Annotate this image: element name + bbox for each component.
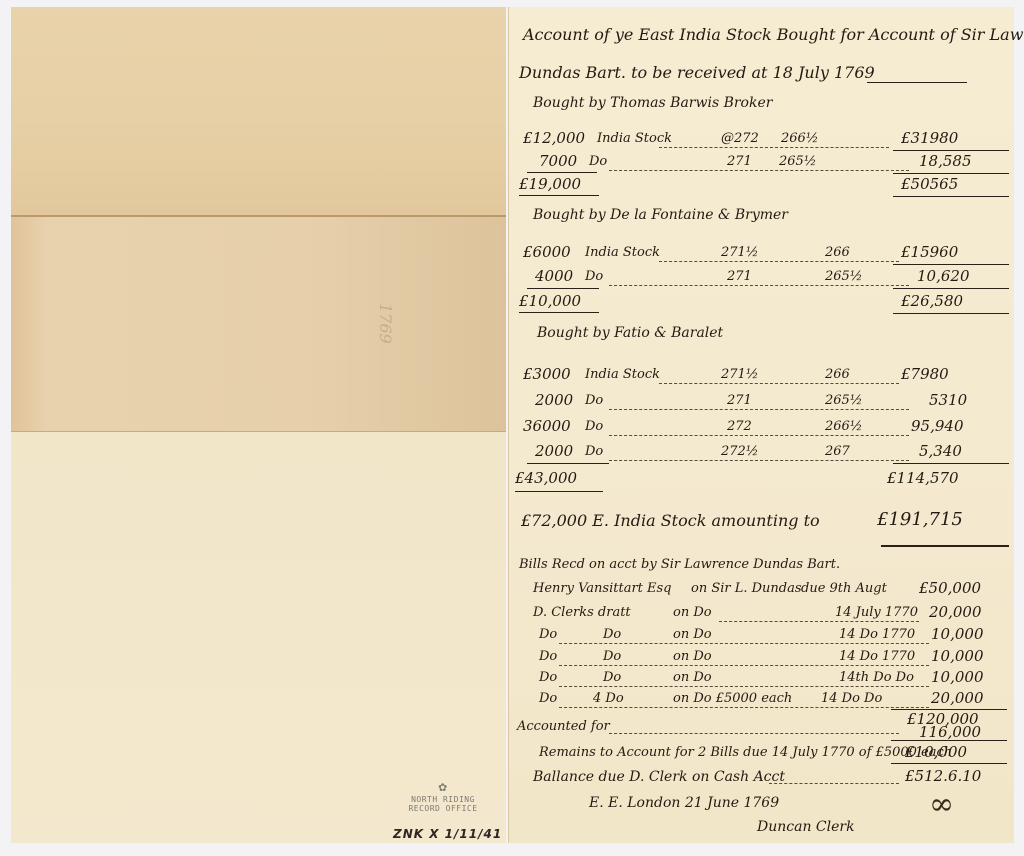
bill-6-value: 20,000 bbox=[931, 689, 984, 707]
s2-r2-rate1: 271 bbox=[727, 269, 752, 284]
leader-dash bbox=[609, 409, 909, 410]
rule bbox=[527, 172, 597, 173]
rose-icon: ✿ bbox=[403, 779, 483, 795]
title-line-1: Account of ye East India Stock Bought fo… bbox=[523, 25, 1024, 44]
balance-value: £512.6.10 bbox=[905, 767, 981, 785]
s1-r2-desc: Do bbox=[589, 154, 607, 169]
s3-total-value: £114,570 bbox=[887, 469, 959, 487]
accounted-for-value: 116,000 bbox=[919, 723, 981, 741]
bill-6-on: on Do £5000 each bbox=[673, 691, 792, 706]
leader-dash bbox=[609, 285, 909, 286]
bill-4-on: on Do bbox=[673, 649, 712, 664]
bill-1-on: on Sir L. Dundas bbox=[691, 581, 802, 596]
s2-r2-value: 10,620 bbox=[917, 267, 970, 285]
leader-dash bbox=[609, 435, 909, 436]
s3-r4-rate1: 272½ bbox=[721, 444, 758, 459]
verso-upper-fold bbox=[11, 7, 506, 217]
rule bbox=[893, 463, 1009, 464]
bill-5-value: 10,000 bbox=[931, 668, 984, 686]
bill-5-drawer2: Do bbox=[603, 670, 621, 685]
s1-r1-rate2: 266½ bbox=[781, 131, 818, 146]
s3-r1-amount: £3000 bbox=[523, 365, 571, 383]
rule bbox=[893, 196, 1009, 197]
pencil-note: 1769 bbox=[376, 303, 395, 344]
grand-total-label: £72,000 E. India Stock amounting to bbox=[521, 511, 820, 530]
rule bbox=[515, 491, 603, 492]
s1-r2-rate2: 265½ bbox=[779, 154, 816, 169]
leader-dash bbox=[559, 707, 929, 708]
bill-2-due: 14 July 1770 bbox=[835, 605, 918, 620]
bill-3-due: 14 Do 1770 bbox=[839, 627, 915, 642]
s2-r1-rate2: 266 bbox=[825, 245, 850, 260]
s3-r2-desc: Do bbox=[585, 393, 603, 408]
leader-dash bbox=[559, 643, 929, 644]
s3-r3-value: 95,940 bbox=[911, 417, 964, 435]
s3-total-amount: £43,000 bbox=[515, 469, 577, 487]
s2-r2-rate2: 265½ bbox=[825, 269, 862, 284]
s3-r3-rate1: 272 bbox=[727, 419, 752, 434]
bill-5-on: on Do bbox=[673, 670, 712, 685]
rule bbox=[527, 288, 599, 289]
s3-r2-rate2: 265½ bbox=[825, 393, 862, 408]
bill-1-drawer: Henry Vansittart Esq bbox=[533, 581, 672, 596]
s3-r4-desc: Do bbox=[585, 444, 603, 459]
bill-3-value: 10,000 bbox=[931, 625, 984, 643]
rule bbox=[893, 264, 1009, 265]
document-sheet: Clerks Acct India Stock & 1769 ✿ NORTH R… bbox=[11, 7, 1013, 843]
rule bbox=[893, 313, 1009, 314]
balance-label: Ballance due D. Clerk on Cash Acct bbox=[533, 769, 785, 785]
bill-5-drawer: Do bbox=[539, 670, 557, 685]
bills-heading: Bills Recd on acct by Sir Lawrence Dunda… bbox=[519, 557, 840, 572]
s1-r2-value: 18,585 bbox=[919, 152, 972, 170]
s2-r2-desc: Do bbox=[585, 269, 603, 284]
bill-2-drawer: D. Clerks dratt bbox=[533, 605, 631, 620]
s2-r1-amount: £6000 bbox=[523, 243, 571, 261]
accounted-for-label: Accounted for bbox=[517, 719, 610, 734]
bill-1-due: due 9th Augt bbox=[801, 581, 887, 596]
bill-6-due: 14 Do Do bbox=[821, 691, 882, 706]
leader-dash bbox=[719, 621, 919, 622]
s1-r1-rate1: @272 bbox=[721, 131, 759, 146]
leader-dash bbox=[769, 783, 899, 784]
s3-r1-rate1: 271½ bbox=[721, 367, 758, 382]
s3-r4-value: 5,340 bbox=[919, 442, 962, 460]
bill-3-on: on Do bbox=[673, 627, 712, 642]
s3-r1-value: £7980 bbox=[901, 365, 949, 383]
section-3-heading: Bought by Fatio & Baralet bbox=[537, 325, 723, 341]
s2-r1-rate1: 271½ bbox=[721, 245, 758, 260]
rule bbox=[893, 150, 1009, 151]
rule bbox=[893, 288, 1009, 289]
bill-4-value: 10,000 bbox=[931, 647, 984, 665]
rule bbox=[881, 545, 1009, 547]
bill-4-drawer: Do bbox=[539, 649, 557, 664]
signoff: E. E. London 21 June 1769 bbox=[589, 795, 779, 811]
account-page: Account of ye East India Stock Bought fo… bbox=[508, 7, 1014, 843]
bill-3-drawer2: Do bbox=[603, 627, 621, 642]
section-2-heading: Bought by De la Fontaine & Brymer bbox=[533, 207, 788, 223]
s3-r4-amount: 2000 bbox=[535, 442, 573, 460]
s3-r2-value: 5310 bbox=[929, 391, 967, 409]
s3-r3-rate2: 266½ bbox=[825, 419, 862, 434]
s1-r2-amount: 7000 bbox=[539, 152, 577, 170]
s3-r2-rate1: 271 bbox=[727, 393, 752, 408]
stamp-line-2: RECORD OFFICE bbox=[403, 804, 483, 813]
s3-r1-rate2: 266 bbox=[825, 367, 850, 382]
s3-r4-rate2: 267 bbox=[825, 444, 850, 459]
bill-4-drawer2: Do bbox=[603, 649, 621, 664]
s3-r3-desc: Do bbox=[585, 419, 603, 434]
s2-r1-desc: India Stock bbox=[585, 245, 660, 260]
s3-r2-amount: 2000 bbox=[535, 391, 573, 409]
stamp-line-1: NORTH RIDING bbox=[403, 795, 483, 804]
rule bbox=[519, 312, 599, 313]
s2-total-amount: £10,000 bbox=[519, 292, 581, 310]
record-office-stamp: ✿ NORTH RIDING RECORD OFFICE bbox=[403, 779, 483, 813]
bill-3-drawer: Do bbox=[539, 627, 557, 642]
rule bbox=[891, 740, 1007, 741]
leader-dash bbox=[559, 665, 929, 666]
bill-2-on: on Do bbox=[673, 605, 712, 620]
leader-dash bbox=[609, 460, 909, 461]
s1-total-amount: £19,000 bbox=[519, 175, 581, 193]
verso-middle-fold: Clerks Acct India Stock & bbox=[11, 217, 506, 432]
remains-value: £10,000 bbox=[905, 743, 967, 761]
bill-5-due: 14th Do Do bbox=[839, 670, 914, 685]
section-1-heading: Bought by Thomas Barwis Broker bbox=[533, 95, 772, 111]
leader-dash bbox=[659, 383, 899, 384]
s2-r1-value: £15960 bbox=[901, 243, 958, 261]
s1-r1-value-text: £31980 bbox=[901, 129, 958, 147]
flourish-icon: ∞ bbox=[929, 787, 954, 822]
grand-total-value: £191,715 bbox=[877, 509, 963, 530]
s1-r1-desc: India Stock bbox=[597, 131, 672, 146]
s2-total-value: £26,580 bbox=[901, 292, 963, 310]
bill-4-due: 14 Do 1770 bbox=[839, 649, 915, 664]
leader-dash bbox=[609, 733, 899, 734]
remains-label: Remains to Account for 2 Bills due 14 Ju… bbox=[539, 745, 952, 760]
leader-dash bbox=[609, 170, 909, 171]
bill-1-value: £50,000 bbox=[919, 579, 981, 597]
s1-r2-rate1: 271 bbox=[727, 154, 752, 169]
title-line-2: Dundas Bart. to be received at 18 July 1… bbox=[519, 63, 875, 82]
rule bbox=[891, 763, 1007, 764]
leader-dash bbox=[659, 147, 889, 148]
verso-panel: Clerks Acct India Stock & 1769 ✿ NORTH R… bbox=[11, 7, 506, 843]
s1-r1-amount: £12,000 bbox=[523, 129, 585, 147]
signature: Duncan Clerk bbox=[757, 819, 855, 835]
s3-r3-amount: 36000 bbox=[523, 417, 571, 435]
bill-2-value: 20,000 bbox=[929, 603, 982, 621]
bill-6-drawer: Do bbox=[539, 691, 557, 706]
rule bbox=[527, 463, 609, 464]
bill-6-drawer2: 4 Do bbox=[593, 691, 624, 706]
leader-dash bbox=[559, 686, 929, 687]
rule bbox=[893, 173, 1009, 174]
leader-dash bbox=[659, 261, 899, 262]
archive-reference: ZNK X 1/11/41 bbox=[393, 827, 502, 841]
s2-r2-amount: 4000 bbox=[535, 267, 573, 285]
rule bbox=[519, 195, 599, 196]
s1-total-value: £50565 bbox=[901, 175, 958, 193]
s3-r1-desc: India Stock bbox=[585, 367, 660, 382]
title-rule bbox=[867, 82, 967, 83]
